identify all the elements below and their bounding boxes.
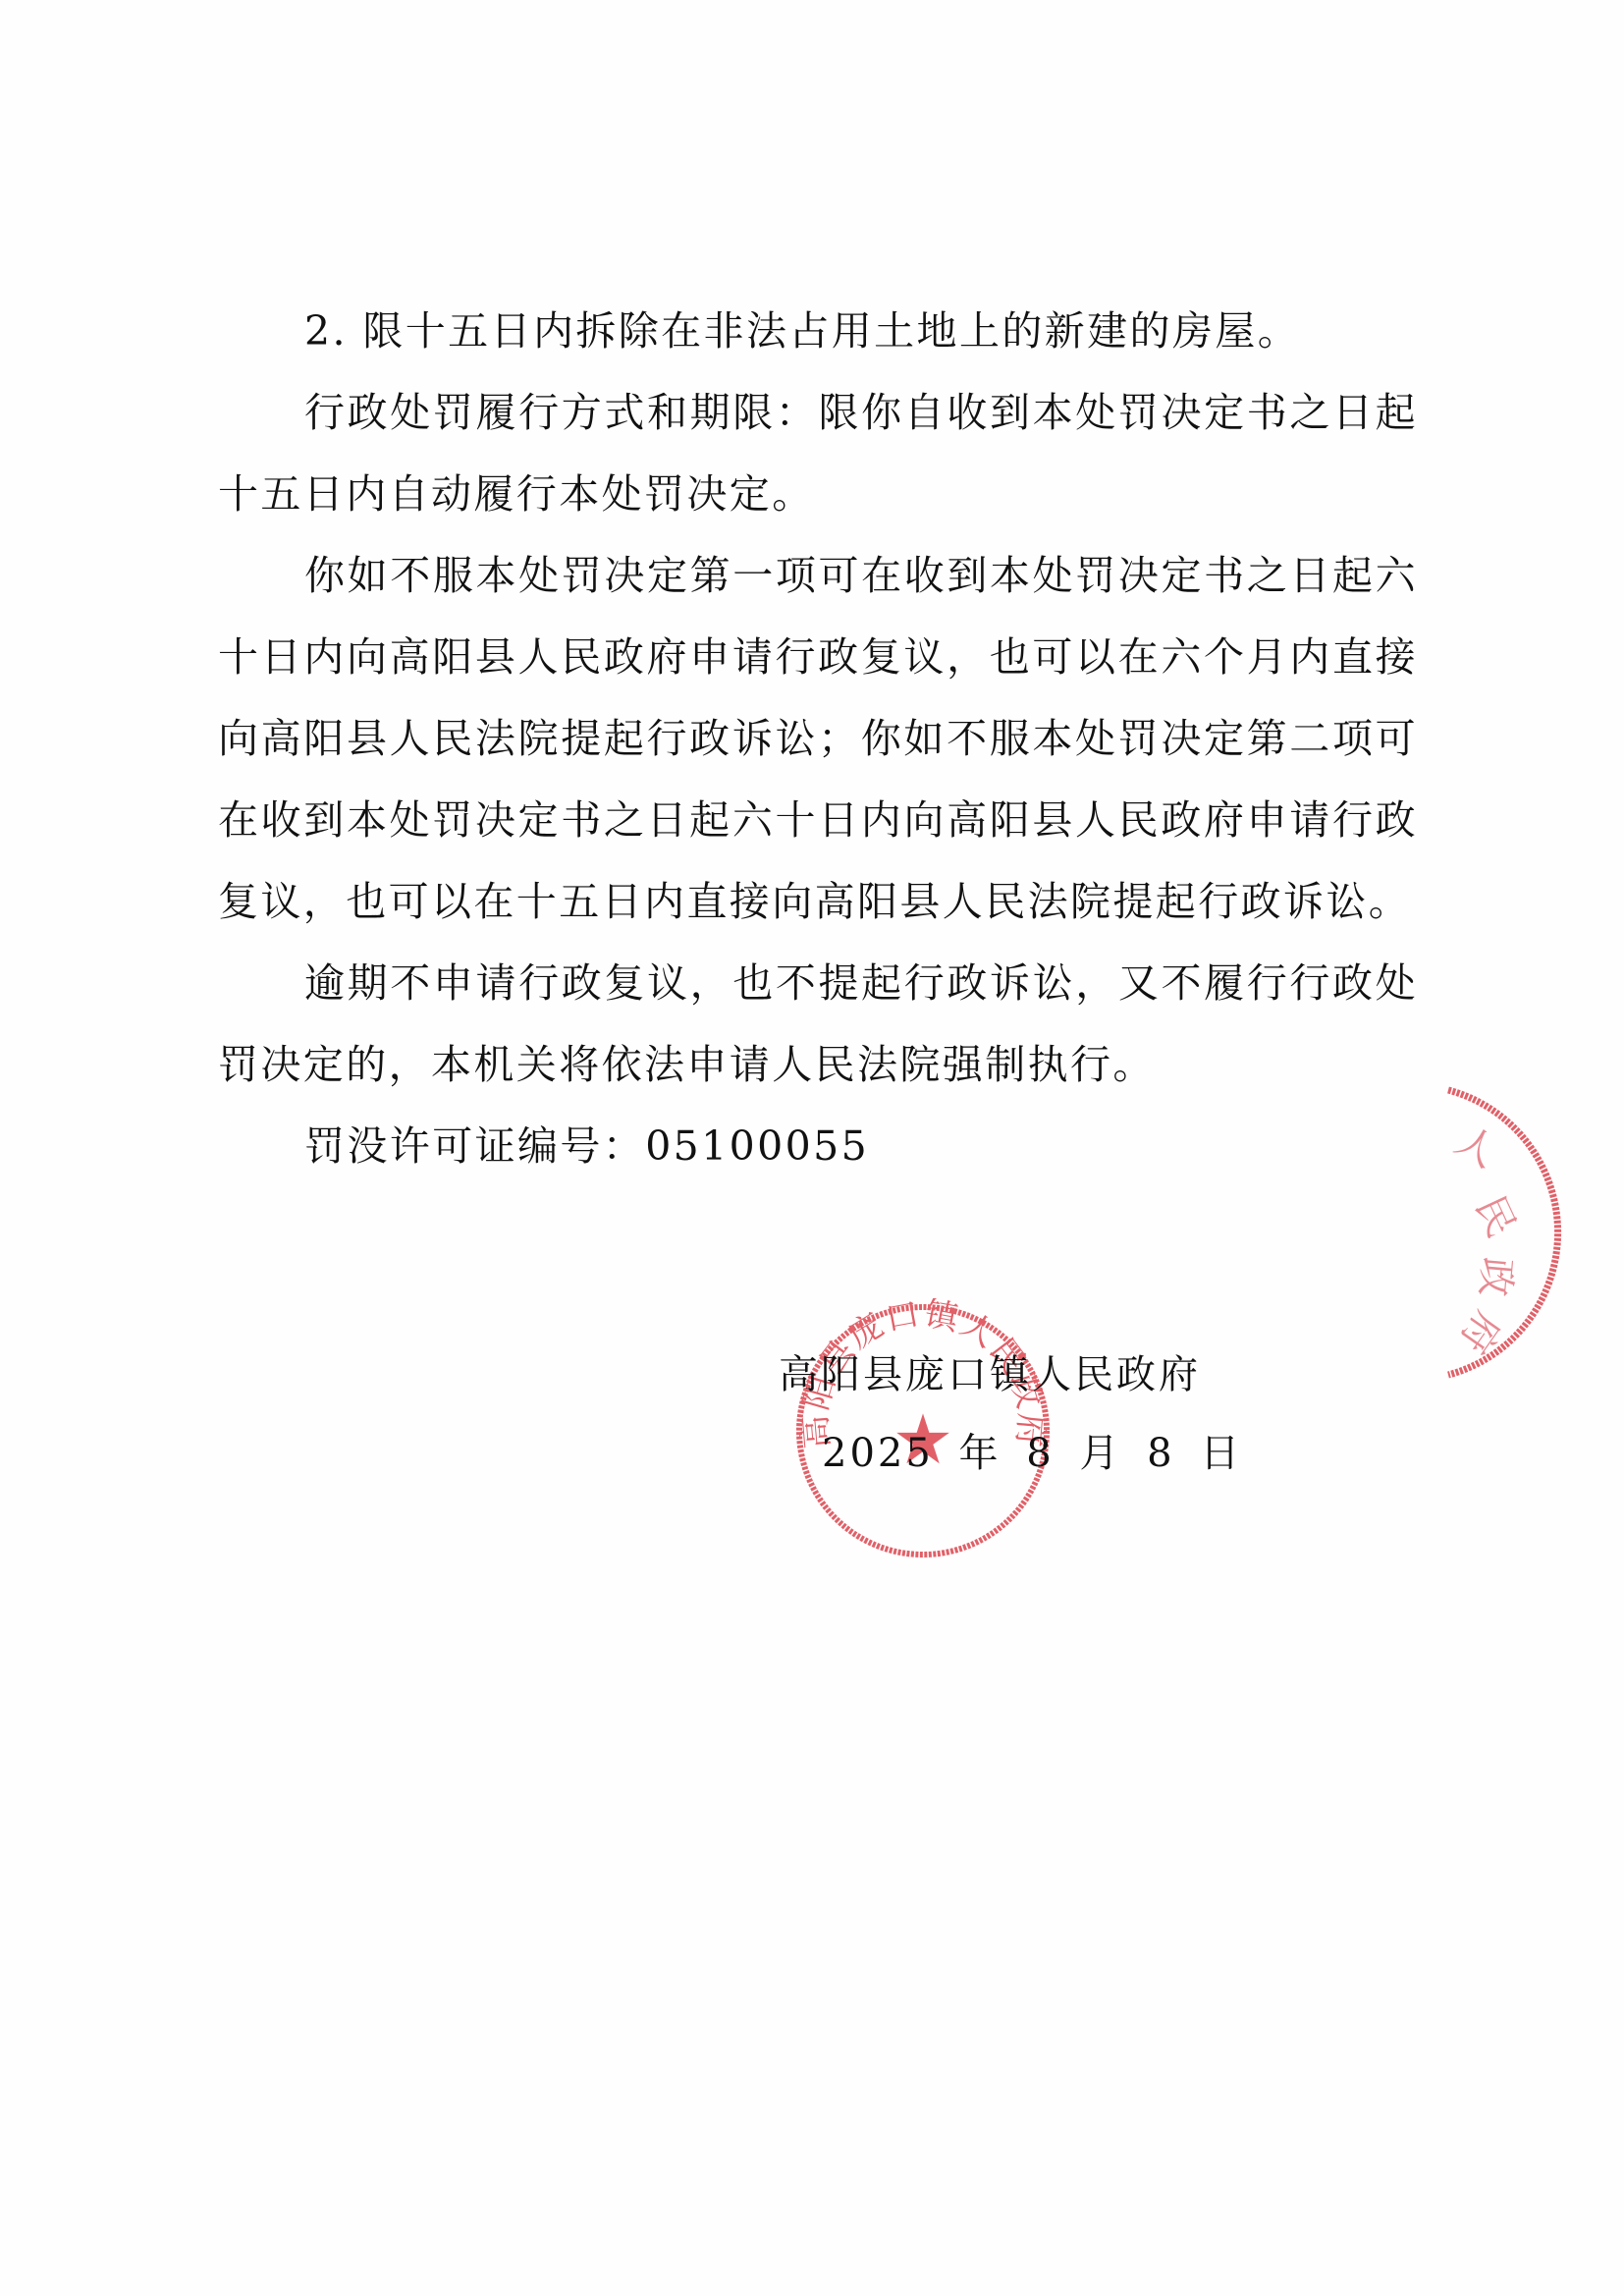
- svg-text:府: 府: [1450, 1303, 1510, 1361]
- paragraph-appeal-rights: 你如不服本处罚决定第一项可在收到本处罚决定书之日起六十日内向高阳县人民政府申请行…: [218, 535, 1418, 943]
- document-page: 2. 限十五日内拆除在非法占用土地上的新建的房屋。 行政处罚履行方式和期限：限你…: [0, 0, 1624, 2296]
- issuing-organization: 高阳县庞口镇人民政府: [779, 1336, 1242, 1414]
- paragraph-enforcement: 逾期不申请行政复议，也不提起行政诉讼，又不履行行政处罚决定的，本机关将依法申请人…: [218, 943, 1418, 1106]
- signature-block: 高阳县庞口镇人民政府 2025 年 8 月 8 日: [779, 1336, 1242, 1493]
- seam-seal-icon: 人 民 政 府: [1443, 1080, 1624, 1394]
- paragraph-license-number: 罚没许可证编号：05100055: [218, 1106, 1418, 1187]
- document-body: 2. 限十五日内拆除在非法占用土地上的新建的房屋。 行政处罚履行方式和期限：限你…: [218, 291, 1418, 1187]
- issue-date: 2025 年 8 月 8 日: [779, 1414, 1242, 1493]
- svg-text:政: 政: [1471, 1255, 1519, 1298]
- svg-text:人: 人: [1447, 1118, 1504, 1176]
- svg-text:民: 民: [1466, 1189, 1524, 1244]
- paragraph-performance-method: 行政处罚履行方式和期限：限你自收到本处罚决定书之日起十五日内自动履行本处罚决定。: [218, 372, 1418, 535]
- paragraph-demolition-order: 2. 限十五日内拆除在非法占用土地上的新建的房屋。: [218, 291, 1418, 372]
